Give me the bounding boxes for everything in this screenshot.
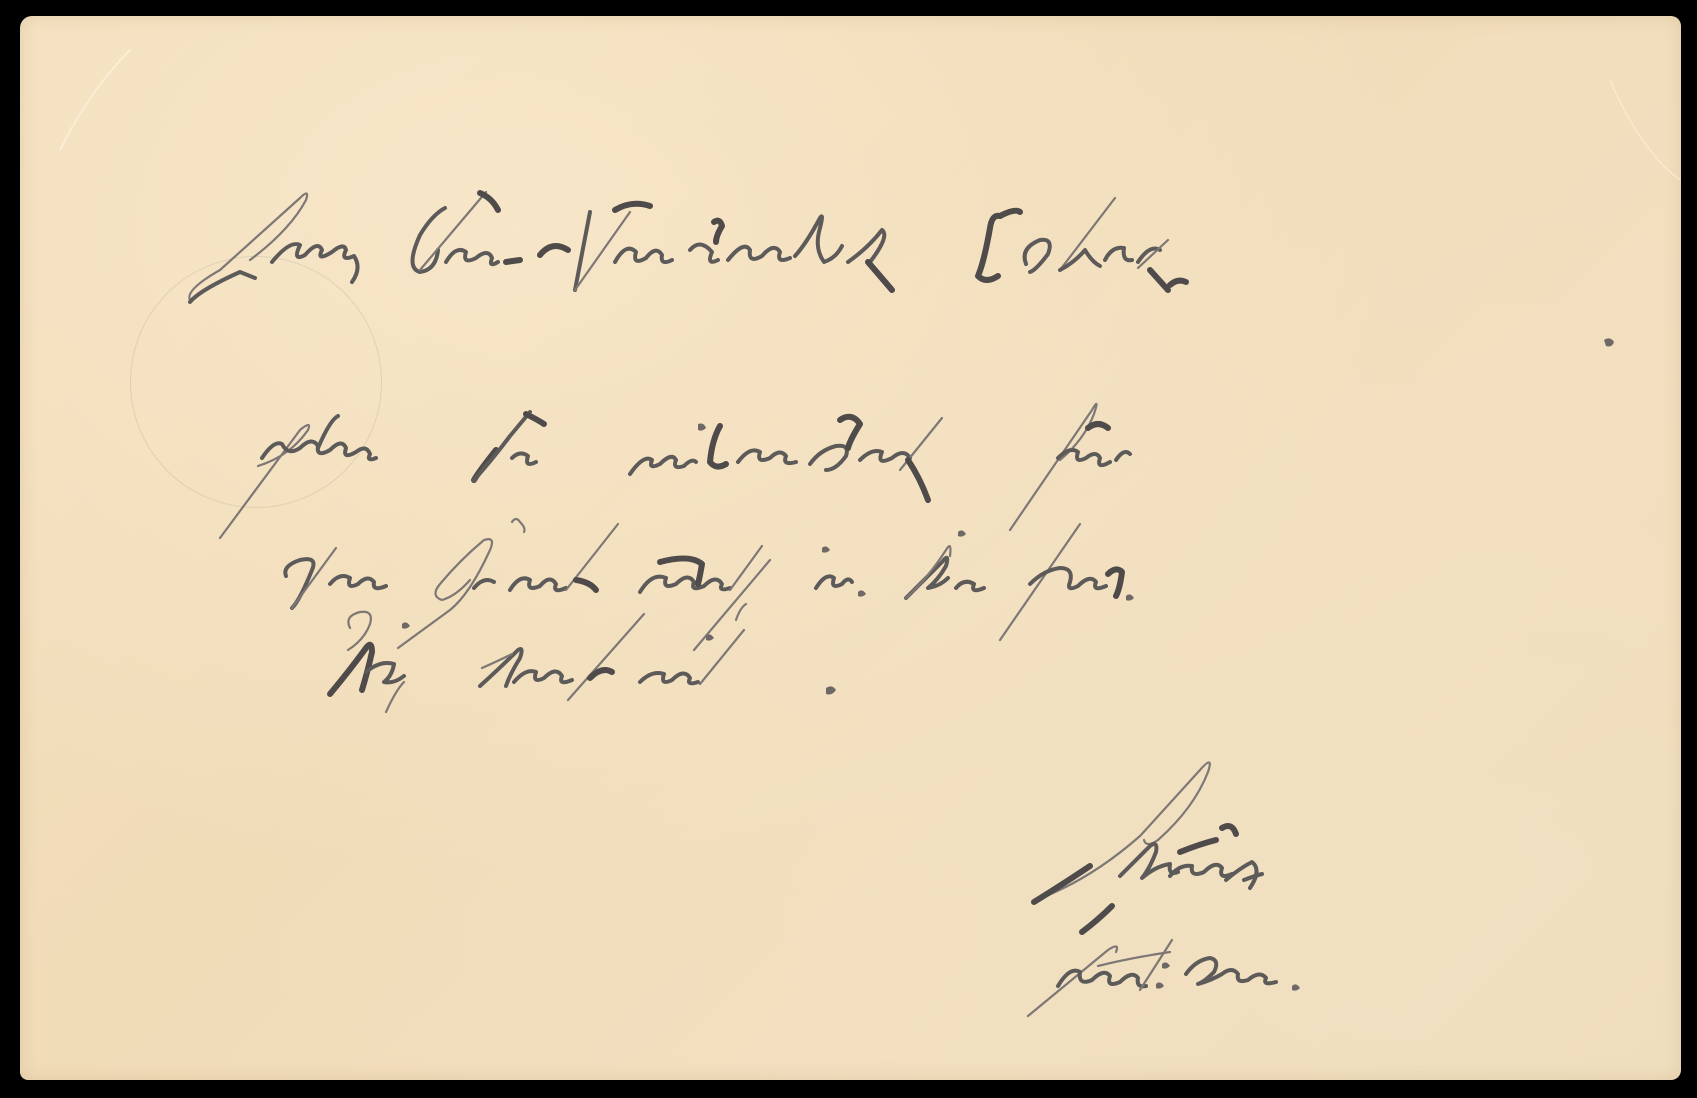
body-line-1-handwriting	[220, 404, 1130, 538]
body-line-2-handwriting	[285, 519, 1134, 650]
signature-handwriting	[1028, 762, 1300, 1016]
salutation-handwriting	[189, 192, 1614, 347]
body-line-3-handwriting	[330, 612, 836, 712]
handwriting-layer	[0, 0, 1697, 1098]
